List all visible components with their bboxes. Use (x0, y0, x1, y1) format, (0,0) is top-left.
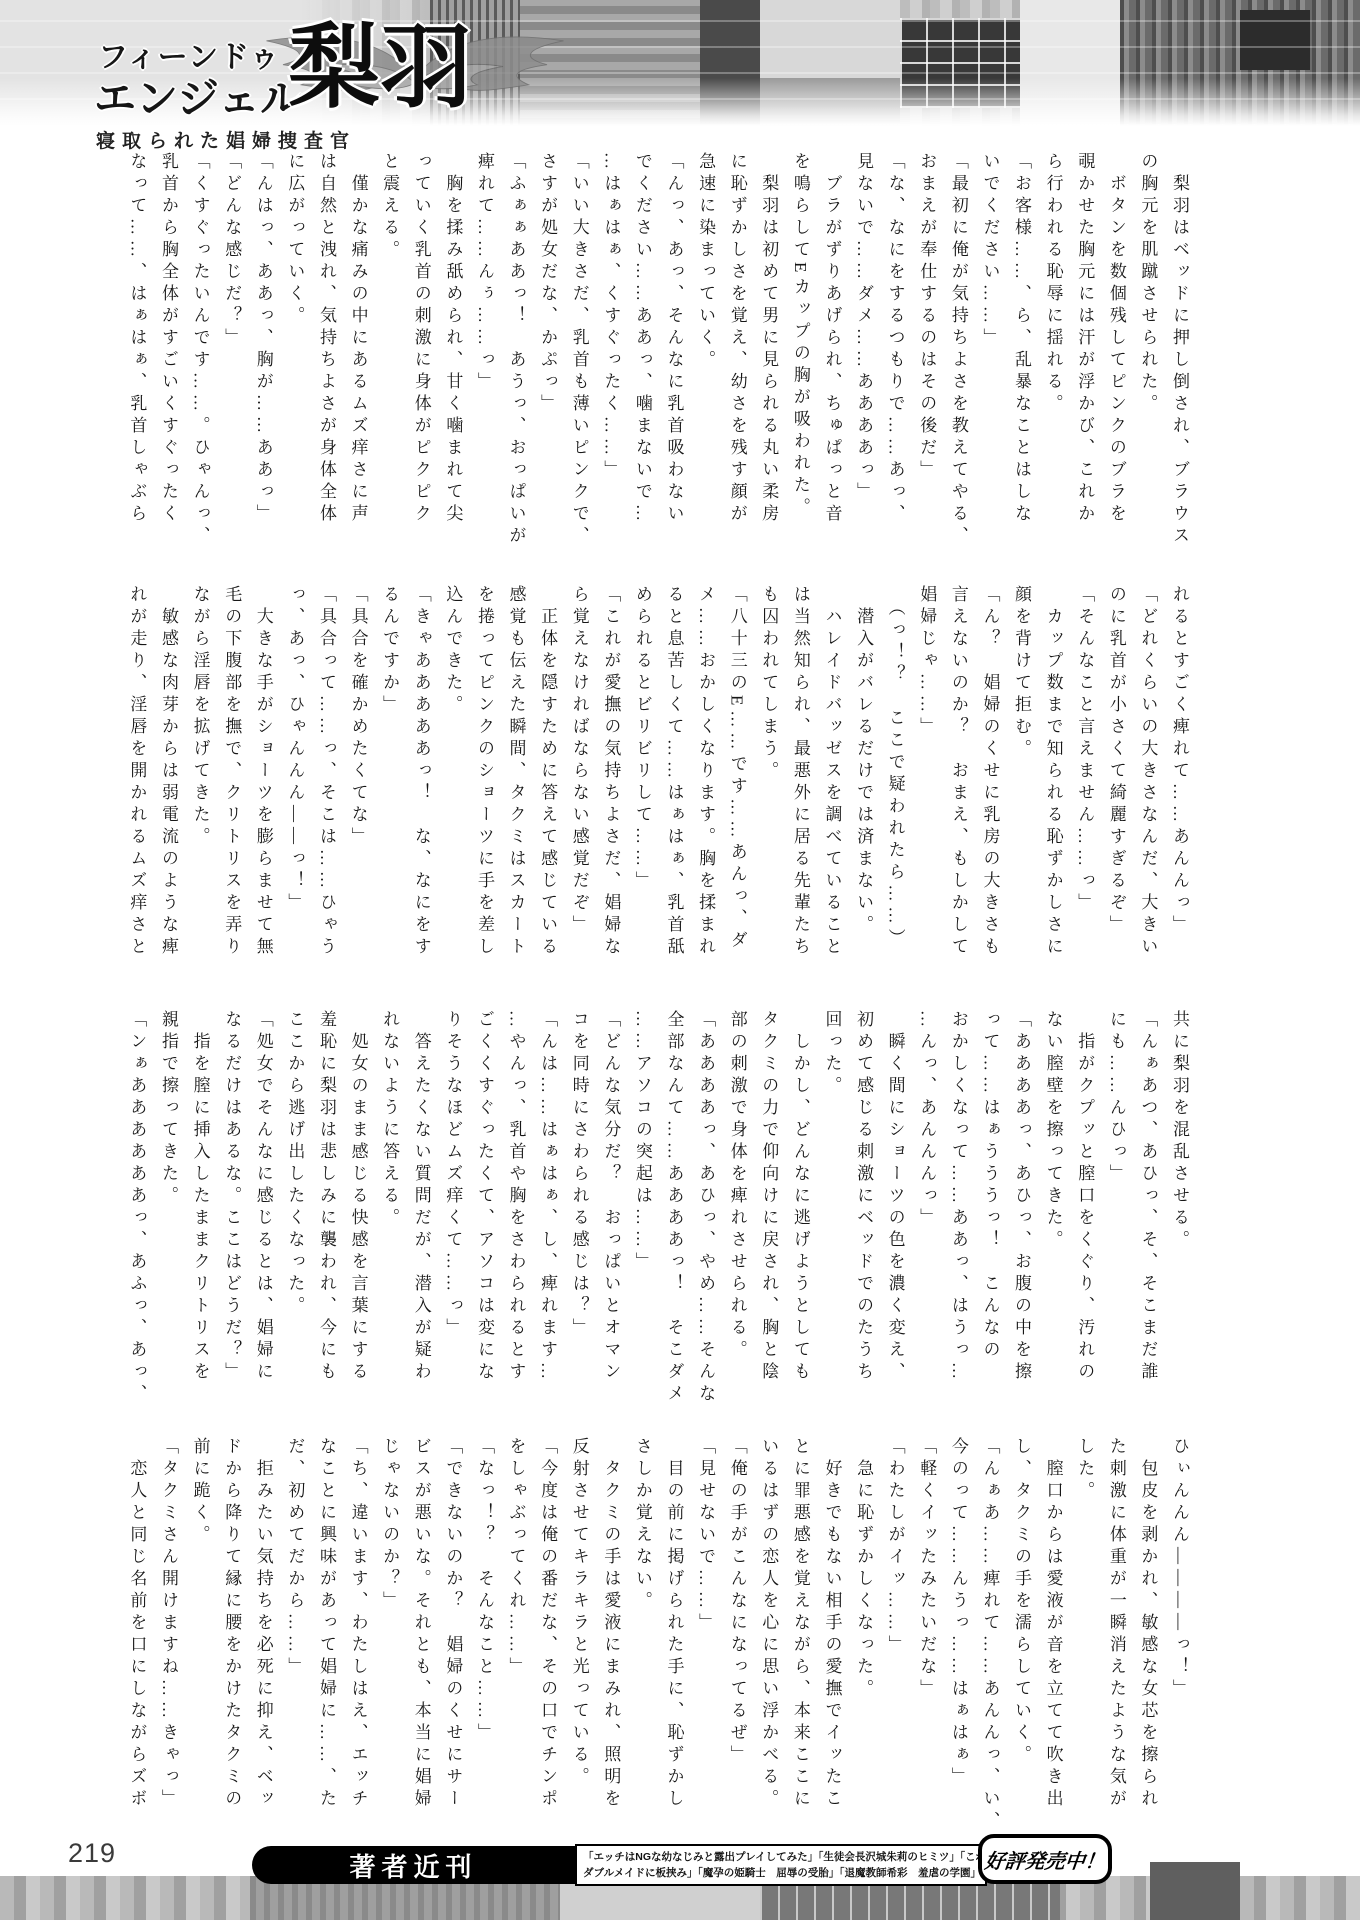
text-column: 「いい大きさだ、乳首も薄いピンクで、 (563, 152, 595, 566)
text-column: ない膣壁を擦ってきた。 (1037, 1010, 1069, 1424)
text-column: 回った。 (816, 1010, 848, 1424)
text-column: 「なっ！？ そんなこと……」 (468, 1437, 500, 1851)
text-column: 羞恥に梨羽は悲しみに襲われ、今にも (310, 1010, 342, 1424)
text-column: をしゃぶってくれ……」 (500, 1437, 532, 1851)
text-column: ドから降りて縁に腰をかけたタクミの (216, 1437, 248, 1851)
text-column: 共に梨羽を混乱させる。 (1163, 1010, 1195, 1424)
text-column: 「今度は俺の番だな、その口でチンポ (532, 1437, 564, 1851)
text-column: 「ち、違います、わたしはえ、エッチ (342, 1437, 374, 1851)
text-column: って……はぁうううっ！ こんなの (974, 1010, 1006, 1424)
text-column: は自然と洩れ、気持ちよさが身体全体 (310, 152, 342, 566)
text-column: っていく乳首の刺激に身体がピクピク (405, 152, 437, 566)
on-sale-badge-text: 好評発売中！ (983, 1845, 1106, 1874)
text-column: ひぃんんん――――っ！」 (1163, 1437, 1195, 1851)
text-column: さしか覚えない。 (626, 1437, 658, 1851)
text-column: じゃないのか？」 (374, 1437, 406, 1851)
text-column: 親指で擦ってきた。 (152, 1010, 184, 1424)
text-column: 込んできた。 (437, 585, 469, 999)
title-kana-large: エンジェル (94, 66, 302, 126)
text-column: 僅かな痛みの中にあるムズ痒さに声 (342, 152, 374, 566)
text-column: は当然知られ、最悪外に居る先輩たち (784, 585, 816, 999)
text-column: 梨羽はベッドに押し倒され、ブラウス (1163, 152, 1195, 566)
text-column: ボタンを数個残してピンクのブラを (1100, 152, 1132, 566)
text-column: に恥ずかしさを覚え、幼さを残す顔が (721, 152, 753, 566)
text-column: しかし、どんなに逃げようとしても (784, 1010, 816, 1424)
text-column: るんですか」 (374, 585, 406, 999)
text-column: いでください……」 (974, 152, 1006, 566)
text-column: （っ！？ ここで疑われたら……） (879, 585, 911, 999)
works-line-2: ダブルメイドに板挟み」「魔孕の姫騎士 屈辱の受胎」「退魔教師希彩 羞虐の学園」他 (583, 1865, 979, 1881)
text-column: 「見せないで……」 (690, 1437, 722, 1851)
text-column: 「んは……はぁはぁ、し、痺れます… (532, 1010, 564, 1424)
text-column: 「八十三のE……です……あんっ、ダ (721, 585, 753, 999)
text-band-4: ひぃんんん――――っ！」 包皮を剥かれ、敏感な女芯を擦られた刺激に体重が一瞬消え… (117, 1437, 1195, 1851)
text-column: 「どんな気分だ？ おっぱいとオマン (595, 1010, 627, 1424)
text-column: ごくくすぐったくて、アソコは変にな (468, 1010, 500, 1424)
text-column: 「これが愛撫の気持ちよさだ、娼婦な (595, 585, 627, 999)
novel-page: フィーンドゥ エンジェル 梨羽 寝取られた娼婦捜査官 梨羽はベッドに押し倒され、… (0, 0, 1360, 1920)
text-column: …やんっ、乳首や胸をさわられるとす (500, 1010, 532, 1424)
text-column: 恋人と同じ名前を口にしながらズボ (121, 1437, 153, 1851)
text-column: 「どんな感じだ？」 (216, 152, 248, 566)
text-column: 胸を揉み舐められ、甘く噛まれて尖 (437, 152, 469, 566)
text-column: 娼婦じゃ……」 (911, 585, 943, 999)
text-column: と震える。 (374, 152, 406, 566)
text-column: れが走り、淫唇を開かれるムズ痒さと (121, 585, 153, 999)
text-column: だ、初めてだから……」 (279, 1437, 311, 1851)
text-column: 全部なんて……ああああっ！ そこダメ (658, 1010, 690, 1424)
collage-block (1150, 1862, 1240, 1920)
text-column: 「俺の手がこんなになってるぜ」 (721, 1437, 753, 1851)
text-column: っ、あっ、ひゃんんん――っ！」 (279, 585, 311, 999)
text-column: にも……んひっ」 (1100, 1010, 1132, 1424)
text-column: 覗かせた胸元には汗が浮かび、これか (1069, 152, 1101, 566)
page-number: 219 (68, 1838, 116, 1869)
text-column: コを同時にさわられる感じは？」 (563, 1010, 595, 1424)
text-column: の胸元を肌蹴させられた。 (1132, 152, 1164, 566)
text-column: 「わたしがイッ……」 (879, 1437, 911, 1851)
text-column: ると息苦しくて……はぁはぁ、乳首舐 (658, 585, 690, 999)
text-column: 「んっ、あっ、そんなに乳首吸わない (658, 152, 690, 566)
text-column: を鳴らしてEカップの胸が吸われた。 (784, 152, 816, 566)
text-column: 「くすぐったいんです……。ひゃんっ、 (184, 152, 216, 566)
text-column: おかしくなって……ああっ、はうっ… (942, 1010, 974, 1424)
text-column: 「具合を確かめたくてな」 (342, 585, 374, 999)
text-column: れるとすごく痺れて……あんんっ」 (1163, 585, 1195, 999)
author-recent-works-label-text: 著者近刊 (349, 1847, 477, 1884)
author-works-list: 「エッチはNGな幼なじみと露出プレイしてみた」「生徒会長沢城朱莉のヒミツ」「これ… (575, 1844, 987, 1886)
text-column: いるはずの恋人を心に思い浮かべる。 (753, 1437, 785, 1851)
text-band-2: れるとすごく痺れて……あんんっ」「どれくらいの大きさなんだ、大きいのに乳首が小さ… (117, 585, 1195, 999)
text-column: し、タクミの手を濡らしていく。 (1005, 1437, 1037, 1851)
text-column: れないように答える。 (374, 1010, 406, 1424)
text-column: 「んぁあ……痺れて……あんんっ、い、 (974, 1437, 1006, 1851)
text-column: ながら淫唇を拡げてきた。 (184, 585, 216, 999)
text-column: に広がっていく。 (279, 152, 311, 566)
text-column: を捲ってピンクのショーツに手を差し (468, 585, 500, 999)
text-column: 「ふぁぁああっ！ あうっ、おっぱいが (500, 152, 532, 566)
text-column: 「な、なにをするつもりで……あっ、 (879, 152, 911, 566)
text-column: 好きでもない相手の愛撫でイッたこ (816, 1437, 848, 1851)
on-sale-badge: 好評発売中！ (978, 1834, 1112, 1884)
text-column: 「ンぁああああああっ、あふっ、あっ、 (121, 1010, 153, 1424)
text-column: りそうなほどムズ痒くて……っ」 (437, 1010, 469, 1424)
text-column: のに乳首が小さくて綺麗すぎるぞ」 (1100, 585, 1132, 999)
text-column: た刺激に体重が一瞬消えたような気が (1100, 1437, 1132, 1851)
text-column: 包皮を剥かれ、敏感な女芯を擦られ (1132, 1437, 1164, 1851)
text-column: 敏感な肉芽からは弱電流のような痺 (152, 585, 184, 999)
text-column: 「ああああっ、あひっ、やめ……そんな (690, 1010, 722, 1424)
text-column: 正体を隠すために答えて感じている (532, 585, 564, 999)
text-column: 「んはっ、ああっ、胸が……ああっ」 (247, 152, 279, 566)
works-line-1: 「エッチはNGな幼なじみと露出プレイしてみた」「生徒会長沢城朱莉のヒミツ」「これ… (583, 1849, 979, 1865)
text-column: 「どれくらいの大きさなんだ、大きい (1132, 585, 1164, 999)
text-column: 部の刺激で身体を痺れさせられる。 (721, 1010, 753, 1424)
text-column: タクミの手は愛液にまみれ、照明を (595, 1437, 627, 1851)
text-column: 「そんなこと言えません……っ」 (1069, 585, 1101, 999)
text-column: 「処女でそんなに感じるとは、娼婦に (247, 1010, 279, 1424)
text-column: 痺れて……んぅ……っ」 (468, 152, 500, 566)
text-column: なって……、はぁはぁ、乳首しゃぶら (121, 152, 153, 566)
text-column: 瞬く間にショーツの色を濃く変え、 (879, 1010, 911, 1424)
text-column: おまえが奉仕するのはその後だ」 (911, 152, 943, 566)
text-column: 指を膣に挿入したままクリトリスを (184, 1010, 216, 1424)
text-column: ブラがずりあげられ、ちゅぱっと音 (816, 152, 848, 566)
text-column: 初めて感じる刺激にベッドでのたうち (847, 1010, 879, 1424)
text-column: 乳首から胸全体がすごいくすぐったく (152, 152, 184, 566)
text-column: 「ああああっ、あひっ、お腹の中を擦 (1005, 1010, 1037, 1424)
text-column: 潜入がバレるだけでは済まない。 (847, 585, 879, 999)
text-column: なことに興味があって娼婦に……、た (310, 1437, 342, 1851)
text-column: 梨羽は初めて男に見られる丸い柔房 (753, 152, 785, 566)
text-column: 毛の下腹部を撫で、クリトリスを弄り (216, 585, 248, 999)
text-column: カップ数まで知られる恥ずかしさに (1037, 585, 1069, 999)
text-column: 「お客様……、ら、乱暴なことはしな (1005, 152, 1037, 566)
text-column: ハレイドバッゼスを調べていること (816, 585, 848, 999)
text-column: 膣口からは愛液が音を立てて吹き出 (1037, 1437, 1069, 1851)
text-column: ら行われる恥辱に揺れる。 (1037, 152, 1069, 566)
text-column: なるだけはあるな。ここはどうだ？」 (216, 1010, 248, 1424)
text-band-3: 共に梨羽を混乱させる。「んぁあつ、あひっ、そ、そこまだ誰にも……んひっ」 指がク… (117, 1010, 1195, 1424)
text-column: した。 (1069, 1437, 1101, 1851)
text-column: められるとビリビリして……」 (626, 585, 658, 999)
text-column: 「軽くイッたみたいだな」 (911, 1437, 943, 1851)
text-column: ここから逃げ出したくなった。 (279, 1010, 311, 1424)
title-block: フィーンドゥ エンジェル 梨羽 寝取られた娼婦捜査官 (70, 14, 550, 164)
text-column: 「具合って……っ、そこは……ひゃう (310, 585, 342, 999)
text-column: …んっ、あんんんっ」 (911, 1010, 943, 1424)
text-column: 「最初に俺が気持ちよさを教えてやる、 (942, 152, 974, 566)
text-column: 「きゃあああああっ！ な、なにをす (405, 585, 437, 999)
text-column: 顔を背けて拒む。 (1005, 585, 1037, 999)
page-title: 梨羽 (288, 22, 472, 114)
text-column: 拒みたい気持ちを必死に抑え、ベッ (247, 1437, 279, 1851)
text-column: 目の前に掲げられた手に、恥ずかし (658, 1437, 690, 1851)
text-column: 今のって……んうっ……はぁはぁ」 (942, 1437, 974, 1851)
text-column: 「できないのか？ 娼婦のくせにサー (437, 1437, 469, 1851)
text-column: 急に恥ずかしくなった。 (847, 1437, 879, 1851)
text-column: …はぁはぁ、くすぐったく……」 (595, 152, 627, 566)
text-column: 前に跪く。 (184, 1437, 216, 1851)
text-column: 急速に染まっていく。 (690, 152, 722, 566)
text-column: 「ん？ 娼婦のくせに乳房の大きさも (974, 585, 1006, 999)
text-column: 大きな手がショーツを膨らませて無 (247, 585, 279, 999)
text-column: さすが処女だな、かぷっ」 (532, 152, 564, 566)
text-column: 処女のまま感じる快感を言葉にする (342, 1010, 374, 1424)
text-column: 反射させてキラキラと光っている。 (563, 1437, 595, 1851)
title-subtitle: 寝取られた娼婦捜査官 (96, 126, 356, 153)
text-column: 「タクミさん開けますね……きゃっ」 (152, 1437, 184, 1851)
text-column: メ……おかしくなります。胸を揉まれ (690, 585, 722, 999)
author-recent-works-label: 著者近刊 (252, 1846, 575, 1884)
text-column: ……アソコの突起は……」 (626, 1010, 658, 1424)
text-column: 答えたくない質問だが、潜入が疑わ (405, 1010, 437, 1424)
text-band-1: 梨羽はベッドに押し倒され、ブラウスの胸元を肌蹴させられた。 ボタンを数個残してピ… (117, 152, 1195, 566)
text-column: でください……ああっ、噛まないで… (626, 152, 658, 566)
text-column: 指がクプッと膣口をくぐり、汚れの (1069, 1010, 1101, 1424)
text-column: ら覚えなければならない感覚だぞ」 (563, 585, 595, 999)
text-column: タクミの力で仰向けに戻され、胸と陰 (753, 1010, 785, 1424)
text-column: 見ないで……ダメ……ああああっ」 (847, 152, 879, 566)
text-column: とに罪悪感を覚えながら、本来ここに (784, 1437, 816, 1851)
text-column: ビスが悪いな。それとも、本当に娼婦 (405, 1437, 437, 1851)
text-column: 感覚も伝えた瞬間、タクミはスカート (500, 585, 532, 999)
text-column: 言えないのか？ おまえ、もしかして (942, 585, 974, 999)
text-column: 「んぁあつ、あひっ、そ、そこまだ誰 (1132, 1010, 1164, 1424)
text-column: も囚われてしまう。 (753, 585, 785, 999)
